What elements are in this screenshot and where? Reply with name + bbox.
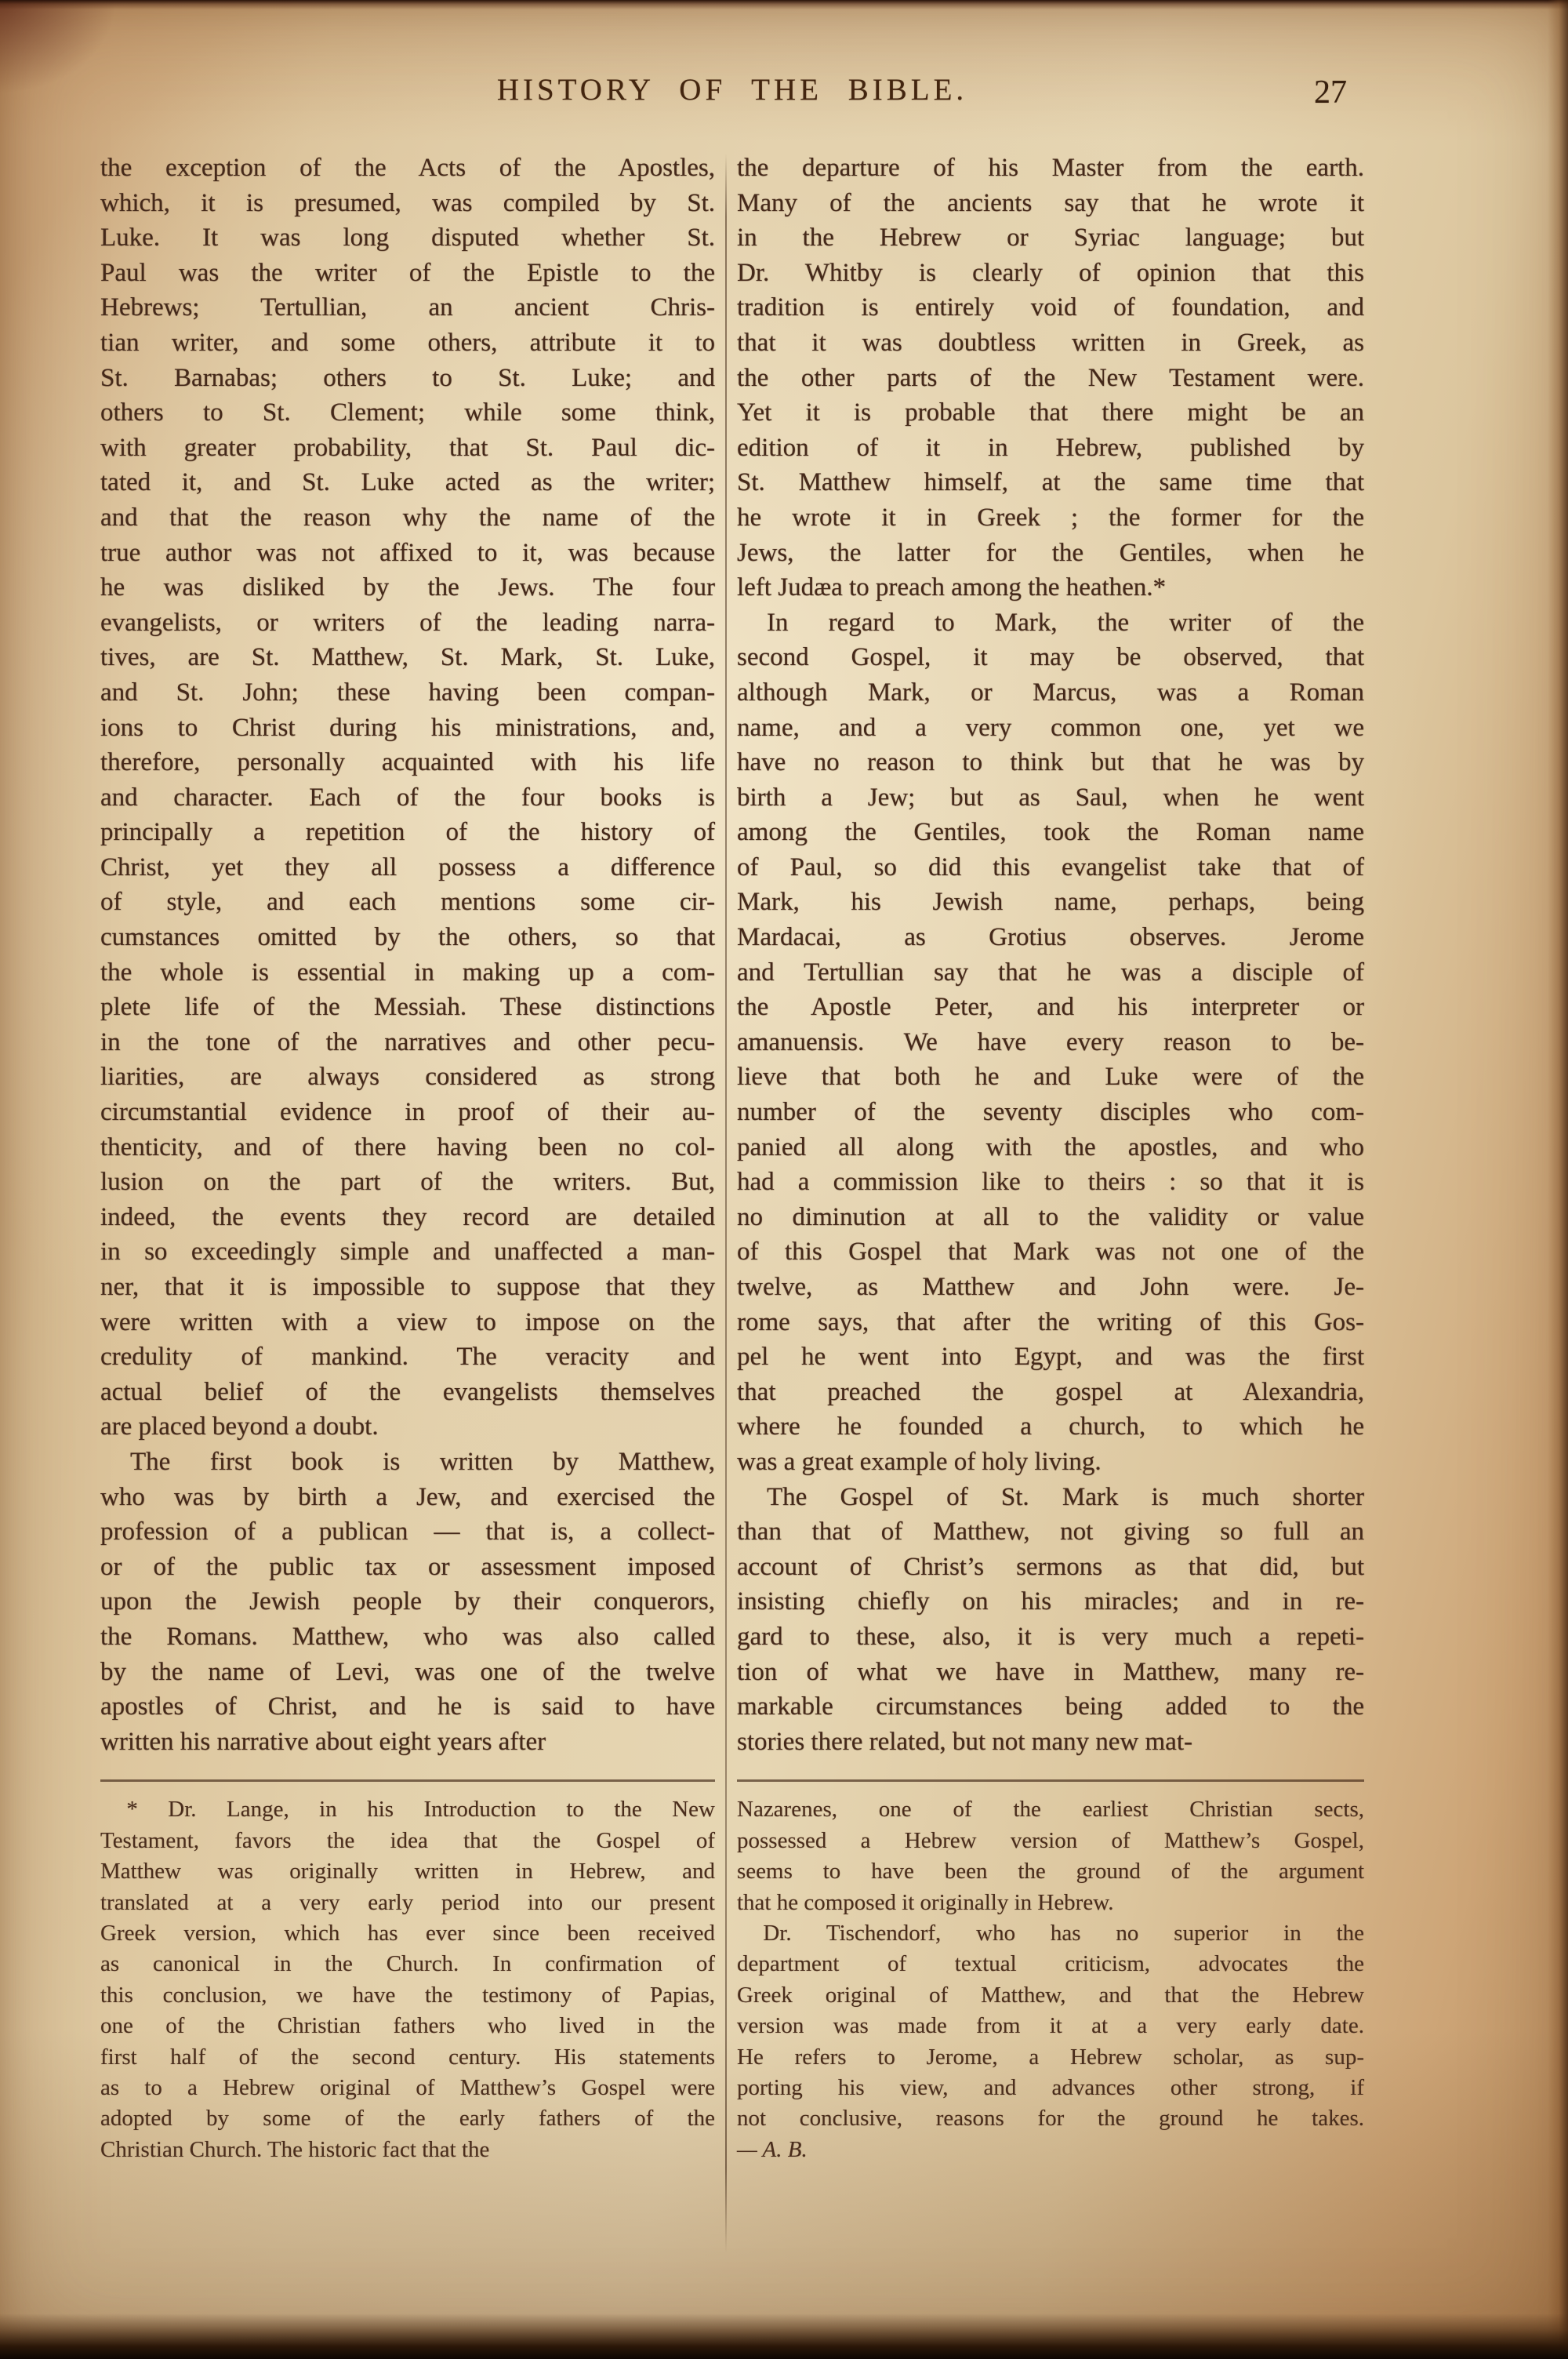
text-line: plete life of the Messiah. These distinc… [100, 990, 715, 1025]
text-line: actual belief of the evangelists themsel… [100, 1375, 715, 1410]
text-line: and Tertullian say that he was a discipl… [737, 955, 1364, 990]
text-line: edition of it in Hebrew, published by [737, 431, 1364, 466]
text-line: liarities, are always considered as stro… [100, 1060, 715, 1095]
text-line: version was made from it at a very early… [737, 2011, 1364, 2041]
text-line: possessed a Hebrew version of Matthew’s … [737, 1826, 1364, 1856]
text-line: no diminution at all to the validity or … [737, 1200, 1364, 1235]
text-line: rome says, that after the writing of thi… [737, 1305, 1364, 1340]
text-line: Many of the ancients say that he wrote i… [737, 186, 1364, 221]
text-line: evangelists, or writers of the leading n… [100, 605, 715, 641]
text-line: he was disliked by the Jews. The four [100, 570, 715, 605]
text-line: others to St. Clement; while some think, [100, 395, 715, 431]
text-line: Dr. Tischendorf, who has no superior in … [737, 1918, 1364, 1949]
text-line: St. Matthew himself, at the same time th… [737, 465, 1364, 500]
text-line: stories there related, but not many new … [737, 1725, 1364, 1760]
text-line: amanuensis. We have every reason to be- [737, 1025, 1364, 1060]
text-line: or of the public tax or assessment impos… [100, 1550, 715, 1585]
text-line: — A. B. [737, 2135, 1364, 2165]
text-line: Dr. Whitby is clearly of opinion that th… [737, 256, 1364, 291]
text-line: principally a repetition of the history … [100, 815, 715, 850]
text-line: The Gospel of St. Mark is much shorter [737, 1480, 1364, 1515]
footnote-left: * Dr. Lange, in his Introduction to the … [100, 1794, 715, 2165]
text-line: he wrote it in Greek ; the former for th… [737, 500, 1364, 536]
text-line: The first book is written by Matthew, [100, 1445, 715, 1480]
text-line: circumstantial evidence in proof of thei… [100, 1095, 715, 1130]
text-line: upon the Jewish people by their conquero… [100, 1584, 715, 1619]
text-line: tian writer, and some others, attribute … [100, 325, 715, 361]
text-line: Nazarenes, one of the earliest Christian… [737, 1794, 1364, 1825]
text-line: thenticity, and of there having been no … [100, 1130, 715, 1165]
text-line: are placed beyond a doubt. [100, 1409, 715, 1445]
text-line: had a commission like to theirs : so tha… [737, 1165, 1364, 1200]
text-line: lieve that both he and Luke were of the [737, 1060, 1364, 1095]
text-line: was a great example of holy living. [737, 1445, 1364, 1480]
page-bottom-edge [0, 2314, 1568, 2359]
text-line: He refers to Jerome, a Hebrew scholar, a… [737, 2042, 1364, 2073]
text-line: tated it, and St. Luke acted as the writ… [100, 465, 715, 500]
text-line: left Judæa to preach among the heathen.* [737, 570, 1364, 605]
text-line: department of textual criticism, advocat… [737, 1949, 1364, 1979]
text-line: ner, that it is impossible to suppose th… [100, 1270, 715, 1305]
text-line: tives, are St. Matthew, St. Mark, St. Lu… [100, 640, 715, 675]
text-line: account of Christ’s sermons as that did,… [737, 1550, 1364, 1585]
text-line: this conclusion, we have the testimony o… [100, 1980, 715, 2011]
text-line: as to a Hebrew original of Matthew’s Gos… [100, 2073, 715, 2103]
text-line: the exception of the Acts of the Apostle… [100, 151, 715, 186]
text-line: profession of a publican — that is, a co… [100, 1514, 715, 1550]
text-line: insisting chiefly on his miracles; and i… [737, 1584, 1364, 1619]
page-right-edge [1548, 0, 1568, 2359]
page-number: 27 [1314, 74, 1347, 111]
text-line: and St. John; these having been compan- [100, 675, 715, 711]
text-line: Christian Church. The historic fact that… [100, 2135, 715, 2165]
text-line: therefore, personally acquainted with hi… [100, 745, 715, 780]
text-line: indeed, the events they record are detai… [100, 1200, 715, 1235]
text-line: in the Hebrew or Syriac language; but [737, 220, 1364, 256]
text-line: adopted by some of the early fathers of … [100, 2103, 715, 2134]
text-line: Greek original of Matthew, and that the … [737, 1980, 1364, 2011]
text-line: where he founded a church, to which he [737, 1409, 1364, 1445]
text-line: and that the reason why the name of the [100, 500, 715, 536]
text-line: Paul was the writer of the Epistle to th… [100, 256, 715, 291]
text-line: in the tone of the narratives and other … [100, 1025, 715, 1060]
text-line: that it was doubtless written in Greek, … [737, 325, 1364, 361]
text-line: that preached the gospel at Alexandria, [737, 1375, 1364, 1410]
text-line: than that of Matthew, not giving so full… [737, 1514, 1364, 1550]
text-line: Hebrews; Tertullian, an ancient Chris- [100, 290, 715, 325]
text-line: of style, and each mentions some cir- [100, 885, 715, 920]
text-line: as canonical in the Church. In confirmat… [100, 1949, 715, 1979]
text-line: Yet it is probable that there might be a… [737, 395, 1364, 431]
text-line: pel he went into Egypt, and was the firs… [737, 1339, 1364, 1375]
running-title: HISTORY OF THE BIBLE. [100, 72, 1364, 107]
text-line: although Mark, or Marcus, was a Roman [737, 675, 1364, 711]
footnote-right: Nazarenes, one of the earliest Christian… [737, 1794, 1364, 2165]
footnote-rule-right [737, 1779, 1364, 1782]
text-line: the Apostle Peter, and his interpreter o… [737, 990, 1364, 1025]
text-line: number of the seventy disciples who com- [737, 1095, 1364, 1130]
text-line: In regard to Mark, the writer of the [737, 605, 1364, 641]
text-line: one of the Christian fathers who lived i… [100, 2011, 715, 2041]
text-line: and character. Each of the four books is [100, 780, 715, 816]
text-line: ions to Christ during his ministrations,… [100, 711, 715, 746]
text-line: porting his view, and advances other str… [737, 2073, 1364, 2103]
text-line: Christ, yet they all possess a differenc… [100, 850, 715, 885]
text-line: in so exceedingly simple and unaffected … [100, 1234, 715, 1270]
text-line: first half of the second century. His st… [100, 2042, 715, 2073]
page-header: HISTORY OF THE BIBLE. 27 [100, 72, 1364, 127]
text-line: Testament, favors the idea that the Gosp… [100, 1826, 715, 1856]
footnote-rule-left [100, 1779, 715, 1782]
text-line: Mark, his Jewish name, perhaps, being [737, 885, 1364, 920]
text-line: the whole is essential in making up a co… [100, 955, 715, 990]
text-line: by the name of Levi, was one of the twel… [100, 1655, 715, 1690]
text-line: with greater probability, that St. Paul … [100, 431, 715, 466]
text-line: of Paul, so did this evangelist take tha… [737, 850, 1364, 885]
text-line: the other parts of the New Testament wer… [737, 361, 1364, 396]
text-line: tradition is entirely void of foundation… [737, 290, 1364, 325]
text-line: were written with a view to impose on th… [100, 1305, 715, 1340]
text-line: credulity of mankind. The veracity and [100, 1339, 715, 1375]
column-divider [725, 154, 727, 2252]
text-line: Greek version, which has ever since been… [100, 1918, 715, 1949]
page-top-edge [0, 0, 1568, 9]
text-line: the departure of his Master from the ear… [737, 151, 1364, 186]
text-line: true author was not affixed to it, was b… [100, 536, 715, 571]
left-column-text: the exception of the Acts of the Apostle… [100, 151, 715, 1759]
text-line: St. Barnabas; others to St. Luke; and [100, 361, 715, 396]
text-line: Matthew was originally written in Hebrew… [100, 1856, 715, 1887]
text-line: markable circumstances being added to th… [737, 1689, 1364, 1725]
text-line: which, it is presumed, was compiled by S… [100, 186, 715, 221]
text-line: panied all along with the apostles, and … [737, 1130, 1364, 1165]
left-column: the exception of the Acts of the Apostle… [100, 151, 715, 2165]
text-line: not conclusive, reasons for the ground h… [737, 2103, 1364, 2134]
text-line: gard to these, also, it is very much a r… [737, 1619, 1364, 1655]
right-column-text: the departure of his Master from the ear… [737, 151, 1364, 1759]
text-line: Luke. It was long disputed whether St. [100, 220, 715, 256]
text-line: Mardacai, as Grotius observes. Jerome [737, 920, 1364, 955]
text-line: that he composed it originally in Hebrew… [737, 1888, 1364, 1918]
text-line: birth a Jew; but as Saul, when he went [737, 780, 1364, 816]
text-line: who was by birth a Jew, and exercised th… [100, 1480, 715, 1515]
right-column: the departure of his Master from the ear… [737, 151, 1364, 2165]
text-line: apostles of Christ, and he is said to ha… [100, 1689, 715, 1725]
text-line: of this Gospel that Mark was not one of … [737, 1234, 1364, 1270]
text-line: second Gospel, it may be observed, that [737, 640, 1364, 675]
text-line: the Romans. Matthew, who was also called [100, 1619, 715, 1655]
text-line: lusion on the part of the writers. But, [100, 1165, 715, 1200]
page-content: the exception of the Acts of the Apostle… [100, 151, 1364, 2165]
text-line: have no reason to think but that he was … [737, 745, 1364, 780]
text-line: * Dr. Lange, in his Introduction to the … [100, 1794, 715, 1825]
text-line: among the Gentiles, took the Roman name [737, 815, 1364, 850]
text-line: written his narrative about eight years … [100, 1725, 715, 1760]
text-line: name, and a very common one, yet we [737, 711, 1364, 746]
text-line: cumstances omitted by the others, so tha… [100, 920, 715, 955]
text-line: translated at a very early period into o… [100, 1888, 715, 1918]
text-line: tion of what we have in Matthew, many re… [737, 1655, 1364, 1690]
text-line: seems to have been the ground of the arg… [737, 1856, 1364, 1887]
text-line: twelve, as Matthew and John were. Je- [737, 1270, 1364, 1305]
text-line: Jews, the latter for the Gentiles, when … [737, 536, 1364, 571]
